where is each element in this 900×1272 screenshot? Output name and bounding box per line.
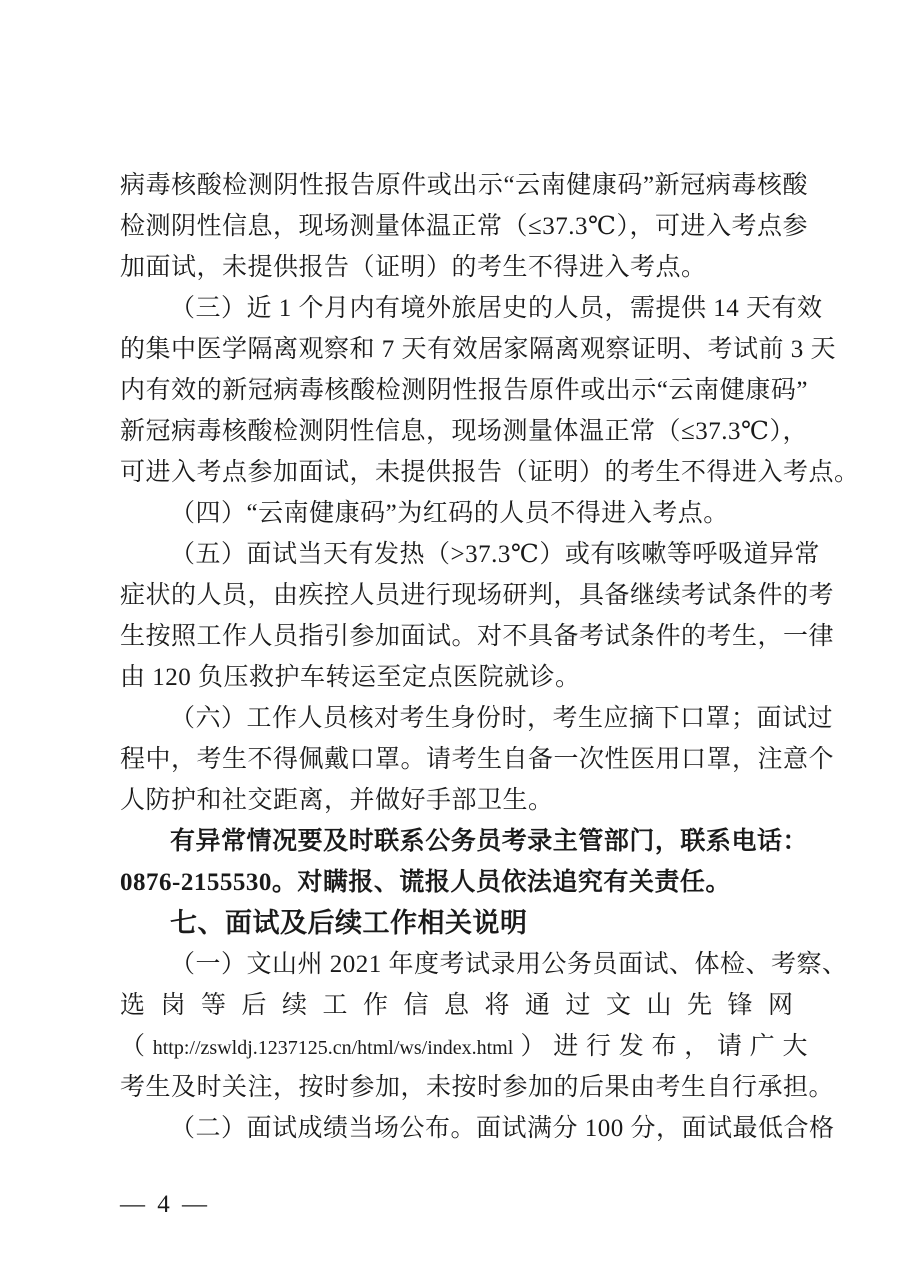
url-close-text: ）进行发布，请广大 bbox=[513, 1033, 808, 1060]
contact-notice-line: 0876-2155530。对瞒报、谎报人员依法追究有关责任。 bbox=[120, 862, 808, 903]
text-line: （三）近 1 个月内有境外旅居史的人员，需提供 14 天有效 bbox=[120, 288, 808, 329]
text-line: 选岗等后续工作信息将通过文山先锋网 bbox=[120, 985, 808, 1026]
link-url: http://zswldj.1237125.cn/html/ws/index.h… bbox=[153, 1037, 514, 1059]
text-line: 考生及时关注，按时参加，未按时参加的后果由考生自行承担。 bbox=[120, 1067, 808, 1108]
section-heading: 七、面试及后续工作相关说明 bbox=[120, 903, 808, 944]
text-line: （五）面试当天有发热（>37.3℃）或有咳嗽等呼吸道异常 bbox=[120, 534, 808, 575]
text-line: 病毒核酸检测阴性报告原件或出示“云南健康码”新冠病毒核酸 bbox=[120, 165, 808, 206]
text-line: 新冠病毒核酸检测阴性信息，现场测量体温正常（≤37.3℃）， bbox=[120, 411, 808, 452]
text-line: 加面试，未提供报告（证明）的考生不得进入考点。 bbox=[120, 247, 808, 288]
text-line: 由 120 负压救护车转运至定点医院就诊。 bbox=[120, 657, 808, 698]
text-line: 程中，考生不得佩戴口罩。请考生自备一次性医用口罩，注意个 bbox=[120, 739, 808, 780]
document-body: 病毒核酸检测阴性报告原件或出示“云南健康码”新冠病毒核酸 检测阴性信息，现场测量… bbox=[120, 165, 808, 1149]
contact-notice-line: 有异常情况要及时联系公务员考录主管部门，联系电话： bbox=[120, 821, 808, 862]
page-number: — 4 — bbox=[120, 1184, 210, 1225]
text-line: 内有效的新冠病毒核酸检测阴性报告原件或出示“云南健康码” bbox=[120, 370, 808, 411]
document-page: 病毒核酸检测阴性报告原件或出示“云南健康码”新冠病毒核酸 检测阴性信息，现场测量… bbox=[0, 0, 900, 1272]
text-line: 可进入考点参加面试，未提供报告（证明）的考生不得进入考点。 bbox=[120, 452, 808, 493]
text-line-with-url: （http://zswldj.1237125.cn/html/ws/index.… bbox=[120, 1026, 808, 1067]
text-line: 生按照工作人员指引参加面试。对不具备考试条件的考生，一律 bbox=[120, 616, 808, 657]
text-line: （二）面试成绩当场公布。面试满分 100 分，面试最低合格 bbox=[120, 1108, 808, 1149]
url-open-paren: （ bbox=[120, 1033, 153, 1060]
text-line: （六）工作人员核对考生身份时，考生应摘下口罩；面试过 bbox=[120, 698, 808, 739]
text-line: （四）“云南健康码”为红码的人员不得进入考点。 bbox=[120, 493, 808, 534]
text-line: 的集中医学隔离观察和 7 天有效居家隔离观察证明、考试前 3 天 bbox=[120, 329, 808, 370]
text-line: （一）文山州 2021 年度考试录用公务员面试、体检、考察、 bbox=[120, 944, 808, 985]
page-number-text: — 4 — bbox=[120, 1191, 210, 1218]
text-line: 症状的人员，由疾控人员进行现场研判，具备继续考试条件的考 bbox=[120, 575, 808, 616]
text-line: 检测阴性信息，现场测量体温正常（≤37.3℃），可进入考点参 bbox=[120, 206, 808, 247]
text-line: 人防护和社交距离，并做好手部卫生。 bbox=[120, 780, 808, 821]
